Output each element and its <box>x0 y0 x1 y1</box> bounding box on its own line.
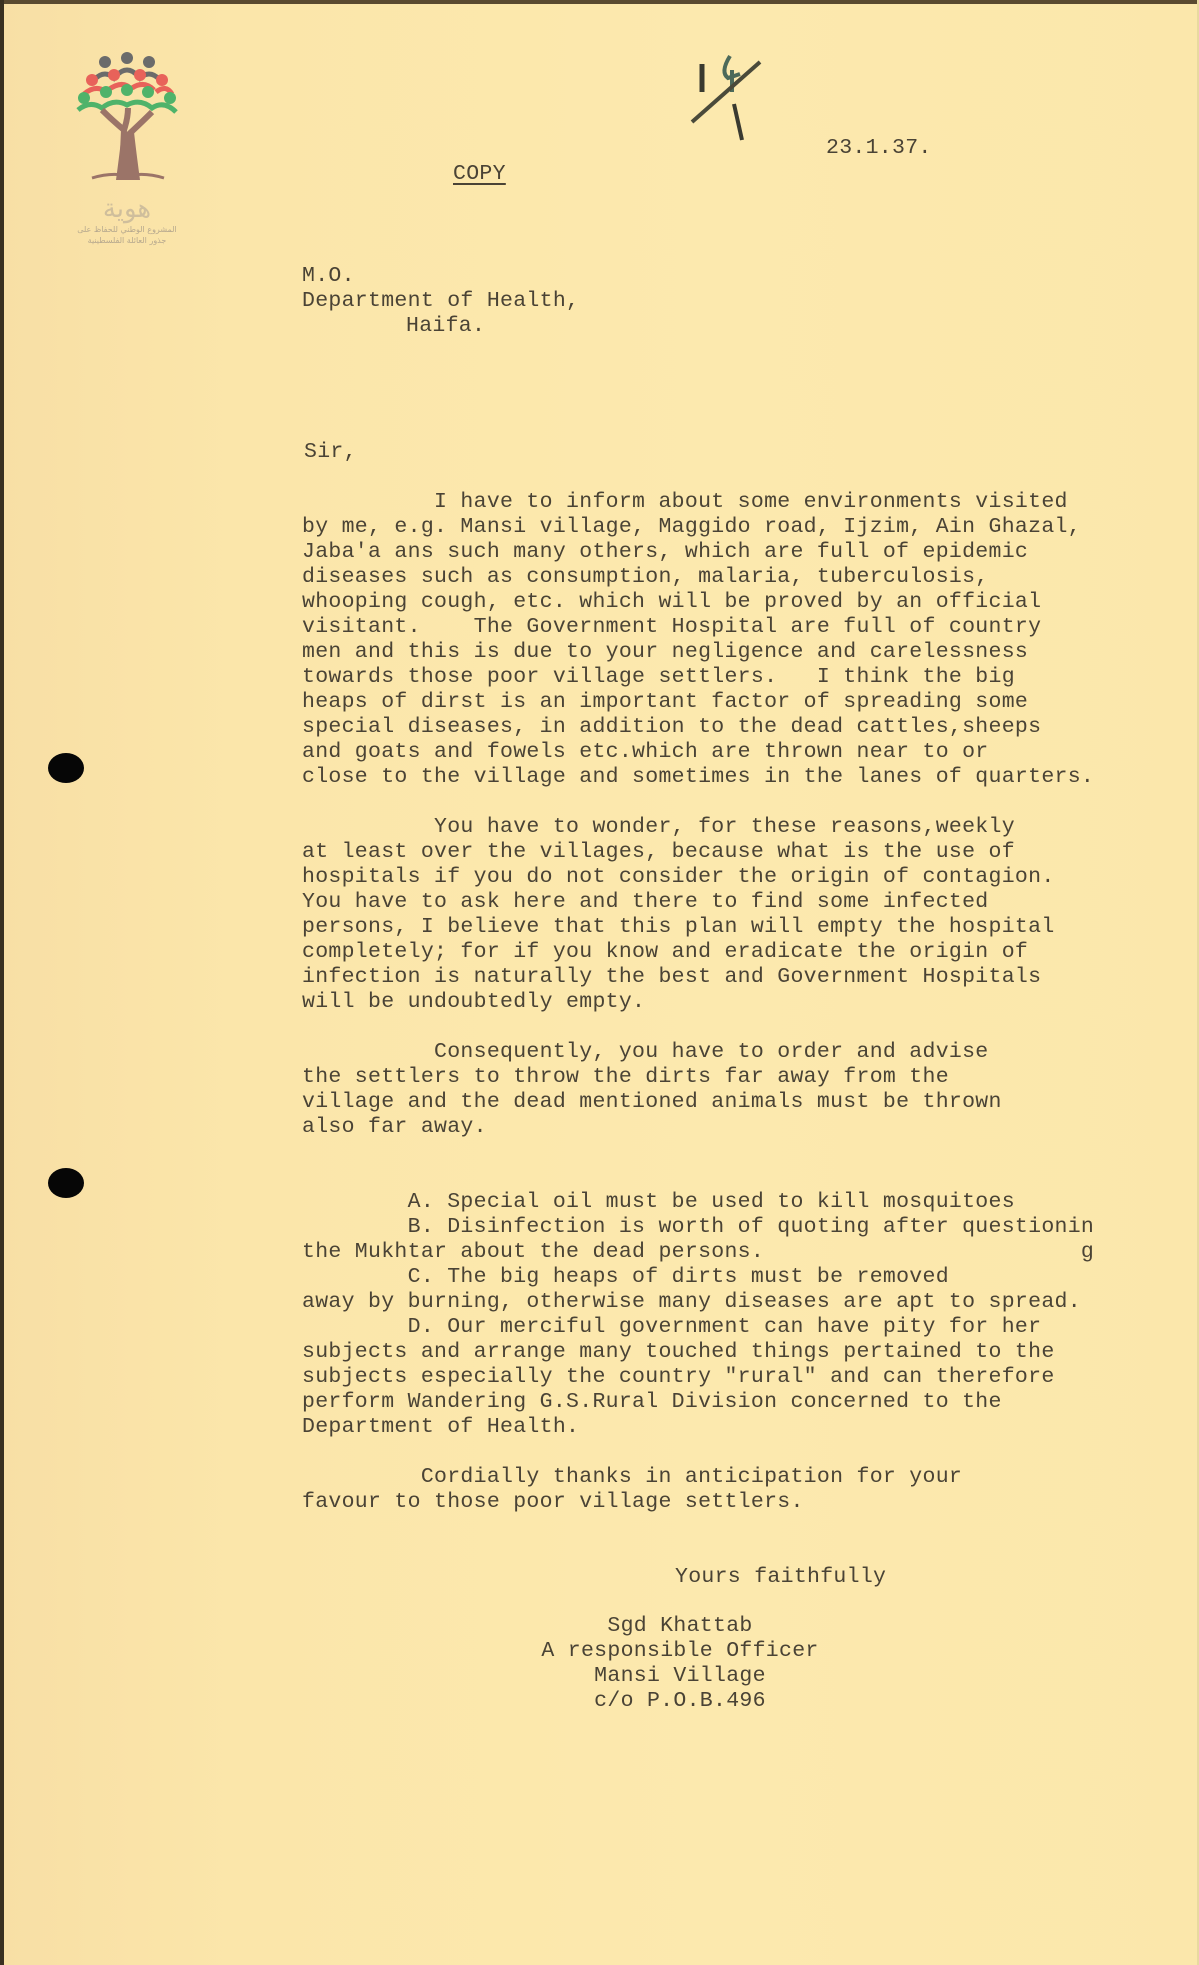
text-line: diseases such as consumption, malaria, t… <box>302 565 989 590</box>
logo-subtitle-line1: المشروع الوطني للحفاظ على <box>62 224 192 235</box>
paper-edge-left <box>0 0 4 1965</box>
list-item-d-cont: Department of Health. <box>302 1415 579 1440</box>
list-item-a: A. Special oil must be used to kill mosq… <box>302 1190 1015 1215</box>
salutation: Sir, <box>304 440 357 465</box>
text-line: Consequently, you have to order and advi… <box>302 1040 989 1065</box>
text-line: completely; for if you know and eradicat… <box>302 940 1028 965</box>
text-line: favour to those poor village settlers. <box>302 1490 804 1515</box>
text-line: village and the dead mentioned animals m… <box>302 1090 1002 1115</box>
folio-mark-icon <box>690 42 770 142</box>
text-line: also far away. <box>302 1115 487 1140</box>
text-line: Cordially thanks in anticipation for you… <box>302 1465 962 1490</box>
text-line: infection is naturally the best and Gove… <box>302 965 1041 990</box>
closing: Yours faithfully <box>675 1565 886 1590</box>
text-line: heaps of dirst is an important factor of… <box>302 690 1028 715</box>
letter-date: 23.1.37. <box>826 136 932 161</box>
text-line: at least over the villages, because what… <box>302 840 1015 865</box>
signature-address: c/o P.O.B.496 <box>520 1689 840 1714</box>
text-line: whooping cough, etc. which will be prove… <box>302 590 1041 615</box>
addressee-line-3: Haifa. <box>406 314 485 339</box>
text-line: You have to wonder, for these reasons,we… <box>302 815 1015 840</box>
text-line: visitant. The Government Hospital are fu… <box>302 615 1041 640</box>
signature-title: A responsible Officer <box>520 1639 840 1664</box>
text-line: the settlers to throw the dirts far away… <box>302 1065 949 1090</box>
addressee-line-1: M.O. <box>302 264 355 289</box>
list-item-b: B. Disinfection is worth of quoting afte… <box>302 1215 1094 1240</box>
list-item-d-cont: subjects especially the country "rural" … <box>302 1365 1055 1390</box>
signature-location: Mansi Village <box>520 1664 840 1689</box>
punch-hole-icon <box>48 1168 84 1198</box>
paper-edge-top <box>0 0 1199 4</box>
text-line: by me, e.g. Mansi village, Maggido road,… <box>302 515 1081 540</box>
list-item-d-cont: subjects and arrange many touched things… <box>302 1340 1055 1365</box>
list-item-c: C. The big heaps of dirts must be remove… <box>302 1265 949 1290</box>
family-tree-logo-icon <box>72 50 182 185</box>
text-line: special diseases, in addition to the dea… <box>302 715 1041 740</box>
text-line: and goats and fowels etc.which are throw… <box>302 740 989 765</box>
punch-hole-icon <box>48 753 84 783</box>
addressee-line-2: Department of Health, <box>302 289 579 314</box>
handwritten-folio-mark <box>690 42 770 153</box>
text-line: Jaba'a ans such many others, which are f… <box>302 540 1028 565</box>
text-line: men and this is due to your negligence a… <box>302 640 1028 665</box>
text-line: close to the village and sometimes in th… <box>302 765 1094 790</box>
list-item-d: D. Our merciful government can have pity… <box>302 1315 1041 1340</box>
text-line: You have to ask here and there to find s… <box>302 890 989 915</box>
text-line: will be undoubtedly empty. <box>302 990 645 1015</box>
list-item-c-cont: away by burning, otherwise many diseases… <box>302 1290 1081 1315</box>
copy-label: COPY <box>453 162 506 187</box>
list-item-d-cont: perform Wandering G.S.Rural Division con… <box>302 1390 1002 1415</box>
list-item-b-cont: the Mukhtar about the dead persons. g <box>302 1240 1094 1265</box>
logo-title: هوية <box>62 194 192 224</box>
signature-name: Sgd Khattab <box>520 1614 840 1639</box>
text-line: I have to inform about some environments… <box>302 490 1068 515</box>
text-line: towards those poor village settlers. I t… <box>302 665 1015 690</box>
signature-block: Sgd Khattab A responsible Officer Mansi … <box>520 1614 840 1714</box>
text-line: persons, I believe that this plan will e… <box>302 915 1055 940</box>
logo-subtitle-line2: جذور العائلة الفلسطينية <box>62 235 192 246</box>
text-line: hospitals if you do not consider the ori… <box>302 865 1055 890</box>
watermark-logo: هوية المشروع الوطني للحفاظ على جذور العا… <box>62 50 192 246</box>
